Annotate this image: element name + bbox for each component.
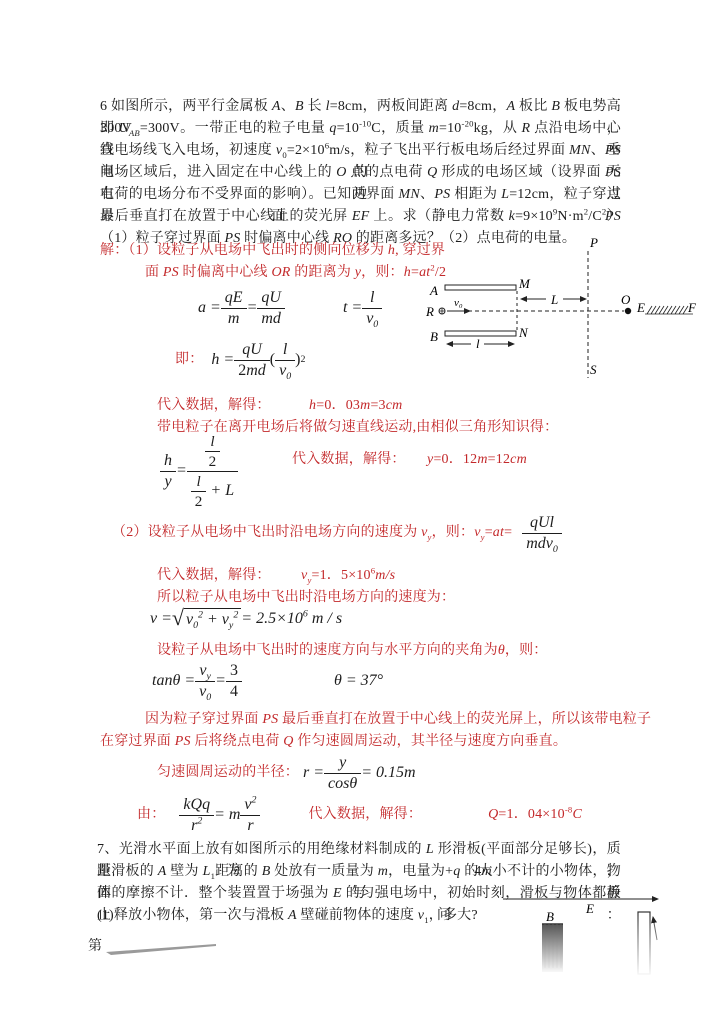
- formula-resultant-speed: v = √v02 + vy2 = 2.5×106 m / s: [150, 604, 342, 634]
- footer-line: [104, 942, 224, 958]
- label-M: M: [518, 276, 531, 291]
- result-vy: vy=1．5×106m/s: [301, 568, 395, 583]
- f4-frac-hy: hy: [160, 451, 176, 492]
- f8-post: = 0.15m: [361, 764, 415, 782]
- worksheet-page: 6 如图所示，两平行金属板 A、B 长 l=8cm，两板间距离 d=8cm，A …: [0, 0, 720, 1018]
- solution-step-1: 解：（1）设粒子从电场中飞出时的侧向位移为 h, 穿过界: [100, 240, 445, 262]
- formula-angle: tanθ = vyv0 = 34 θ = 37°: [152, 658, 383, 704]
- f7-theta-result: θ = 37°: [334, 672, 383, 690]
- f8-frac: ycosθ: [324, 753, 361, 794]
- f7-frac2: 34: [226, 661, 242, 702]
- f6-pre: v =: [150, 610, 172, 628]
- small-arrow: [653, 917, 657, 940]
- label-L: L: [550, 292, 558, 307]
- f3-lhs: h =: [211, 351, 234, 369]
- coulomb-label: 由：: [137, 804, 165, 826]
- formula-radius: r = ycosθ = 0.15m: [303, 753, 416, 794]
- f1-eq: =: [247, 299, 258, 317]
- f3-frac2: lv0: [275, 340, 295, 381]
- f1-frac1: qEm: [221, 288, 247, 329]
- label-E: E: [636, 300, 645, 315]
- f2-lhs: t =: [343, 299, 362, 317]
- label-P: P: [589, 235, 598, 250]
- subst-label-4: 代入数据，解得：: [308, 804, 422, 826]
- f1-lhs: a =: [198, 299, 221, 317]
- f6-post: = 2.5×106 m / s: [241, 610, 342, 628]
- formula-coulomb: kQqr2 = m v2r: [179, 795, 260, 836]
- plate-A: [445, 285, 516, 290]
- result-row-3: 代入数据，解得： y=0．12m=12cm: [292, 449, 527, 471]
- f7-frac1: vyv0: [195, 661, 215, 702]
- problem7-line-4: (1)释放小物体，第一次与滑板 A 壁碰前物体的速度 v1，多大?: [97, 905, 478, 927]
- label-S: S: [590, 362, 597, 377]
- f3-label: 即：: [175, 349, 203, 371]
- f2-frac: lv0: [362, 288, 382, 329]
- result-Q: Q=1．04×10-8C: [488, 804, 582, 826]
- formula-deflection: 即： h = qU2md ( lv0 ) 2: [175, 337, 305, 383]
- f4-big-den: l2 + L: [187, 472, 238, 511]
- result-y: y=0．12m=12cm: [427, 452, 527, 467]
- result-row-1: 代入数据，解得： h=0．03m=3cm: [157, 395, 402, 417]
- radius-label: 匀速圆周运动的半径：: [157, 762, 299, 784]
- point-charge-O: [625, 308, 631, 314]
- subst-label-2: 代入数据，解得：: [292, 452, 406, 467]
- f1-frac2: qUmd: [257, 288, 285, 329]
- label-v0: v₀: [454, 297, 463, 309]
- screen-hatching: [645, 306, 693, 314]
- label-O: O: [621, 292, 631, 307]
- formula-radius-row: 匀速圆周运动的半径： r = ycosθ = 0.15m: [157, 752, 416, 794]
- label-B: B: [430, 329, 438, 344]
- f4-eq: =: [176, 462, 187, 480]
- solution-part2-line: （2）设粒子从电场中飞出时沿电场方向的速度为 vy，则：vy=at= qUlmd…: [112, 512, 562, 554]
- footer-page-label: 第: [88, 936, 102, 958]
- f4-big-num: l2: [187, 432, 238, 472]
- slider-wall-A: [638, 912, 650, 974]
- subst-label-3: 代入数据，解得：: [157, 568, 271, 583]
- f4-big-frac: l2 l2 + L: [187, 432, 238, 511]
- sqrt-sign: √: [172, 607, 184, 629]
- plate-B: [445, 331, 516, 336]
- formula-coulomb-row: 由： kQqr2 = m v2r 代入数据，解得： Q=1．04×10-8C: [137, 792, 582, 838]
- solution-circular-2: 在穿过界面 PS 后将绕点电荷 Q 作匀速圆周运动，其半径与速度方向垂直。: [100, 731, 567, 753]
- result-h: h=0．03m=3cm: [309, 398, 402, 413]
- f9-frac1: kQqr2: [179, 795, 214, 836]
- f3-frac1: qU2md: [234, 340, 270, 381]
- problem6-diagram: P S A M L R v₀ O E F: [425, 233, 715, 388]
- solution-step-2: 面 PS 时偏离中心线 OR 的距离为 y，则：h=at2/2: [145, 262, 446, 284]
- label-N: N: [518, 325, 529, 340]
- formula-acceleration-time: a = qEm = qUmd t = lv0: [198, 286, 382, 330]
- subst-label: 代入数据，解得：: [157, 398, 271, 413]
- f9-frac2: v2r: [240, 795, 260, 836]
- f5-frac: qUlmdv0: [522, 513, 562, 554]
- formula-similar-triangles: hy = l2 l2 + L: [160, 437, 238, 505]
- part2-text: （2）设粒子从电场中飞出时沿电场方向的速度为 vy，则：vy=at=: [112, 522, 512, 544]
- problem6-line-6: 最后垂直打在放置于中心线上的荧光屏 EF 上。求（静电力常数 k=9×109N·…: [100, 206, 621, 228]
- label-l: l: [476, 336, 480, 351]
- f7-eq: =: [215, 672, 226, 690]
- f7-lhs: tanθ =: [152, 672, 195, 690]
- label-R: R: [425, 304, 434, 319]
- f8-lhs: r =: [303, 764, 324, 782]
- label-A: A: [429, 283, 438, 298]
- footer-line-shape: [106, 944, 216, 955]
- result-row-4: 代入数据，解得： vy=1．5×106m/s: [157, 565, 395, 587]
- f9-mid: = m: [214, 806, 240, 824]
- label-F: F: [687, 300, 697, 315]
- f6-sqrt: √v02 + vy2: [172, 608, 241, 630]
- solution-circular-1: 因为粒子穿过界面 PS 最后垂直打在放置于中心线上的荧光屏上，所以该带电粒子: [145, 709, 651, 731]
